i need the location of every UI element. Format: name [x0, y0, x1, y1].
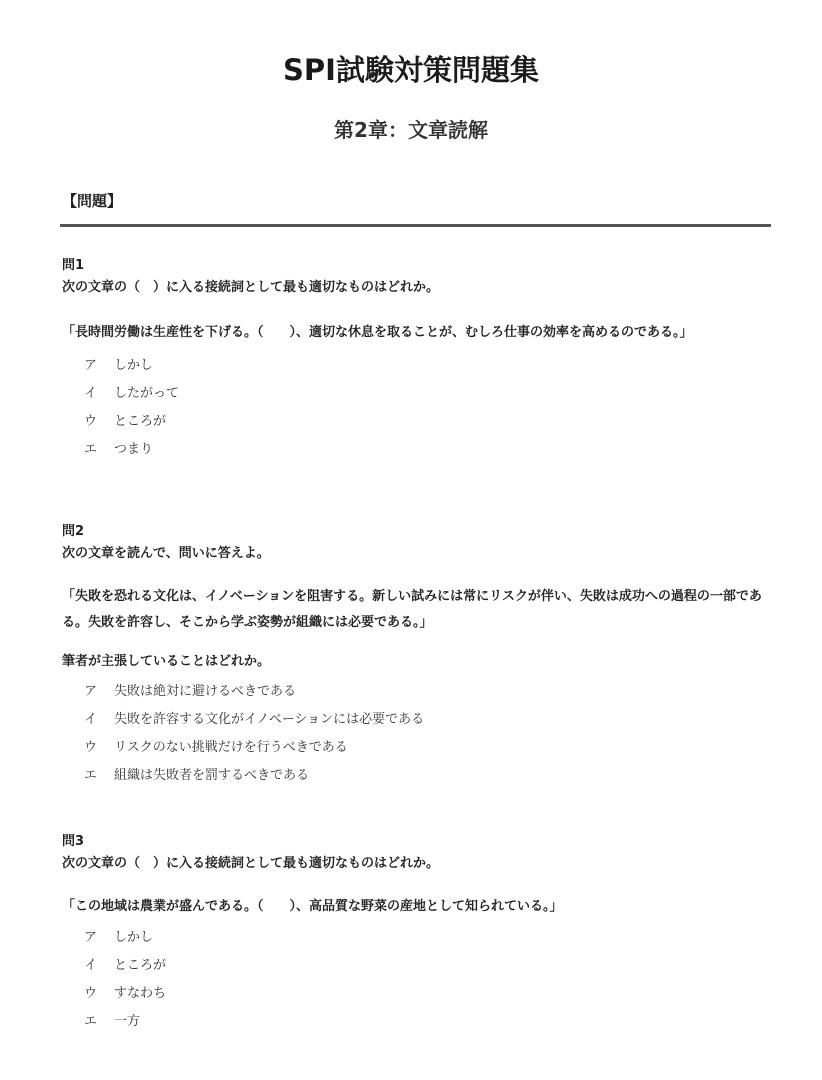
option-text: ところが [114, 958, 166, 973]
option-mark: エ [84, 762, 114, 790]
option-text: 一方 [114, 1014, 140, 1029]
chapter-heading: 第2章：文章読解 [0, 116, 822, 144]
option-a[interactable]: ア失敗は絶対に避けるべきである [84, 678, 777, 706]
document-title: SPI試験対策問題集 [0, 50, 822, 90]
option-mark: イ [84, 706, 114, 734]
option-mark: ウ [84, 734, 114, 762]
option-b[interactable]: イ失敗を許容する文化がイノベーションには必要である [84, 706, 777, 734]
option-list: ア失敗は絶対に避けるべきである イ失敗を許容する文化がイノベーションには必要であ… [62, 678, 777, 790]
option-d[interactable]: エ一方 [84, 1008, 777, 1036]
option-text: つまり [114, 442, 153, 457]
option-d[interactable]: エつまり [84, 436, 777, 464]
section-label: 【問題】 [62, 190, 122, 212]
option-mark: イ [84, 380, 114, 408]
option-c[interactable]: ウリスクのない挑戦だけを行うべきである [84, 734, 777, 762]
question-number: 問2 [62, 522, 777, 544]
question-2: 問2 次の文章を読んで、問いに答えよ。 「失敗を恐れる文化は、イノベーションを阻… [62, 522, 777, 790]
option-b[interactable]: イしたがって [84, 380, 777, 408]
option-c[interactable]: ウところが [84, 408, 777, 436]
question-3: 問3 次の文章の（ ）に入る接続詞として最も適切なものはどれか。 「この地域は農… [62, 832, 777, 1036]
option-b[interactable]: イところが [84, 952, 777, 980]
option-text: リスクのない挑戦だけを行うべきである [114, 740, 348, 755]
option-mark: エ [84, 436, 114, 464]
option-list: アしかし イしたがって ウところが エつまり [62, 352, 777, 464]
option-text: すなわち [114, 986, 166, 1001]
question-number: 問3 [62, 832, 777, 854]
question-instruction: 次の文章の（ ）に入る接続詞として最も適切なものはどれか。 [62, 854, 777, 874]
option-mark: ア [84, 352, 114, 380]
question-passage: 「この地域は農業が盛んである。（ ）、高品質な野菜の産地として知られている。」 [62, 894, 777, 920]
question-1: 問1 次の文章の（ ）に入る接続詞として最も適切なものはどれか。 「長時間労働は… [62, 256, 777, 464]
option-text: しかし [114, 930, 153, 945]
question-passage: 「長時間労働は生産性を下げる。（ ）、適切な休息を取ることが、むしろ仕事の効率を… [62, 320, 777, 346]
option-c[interactable]: ウすなわち [84, 980, 777, 1008]
option-text: ところが [114, 414, 166, 429]
section-divider [60, 224, 771, 227]
option-mark: ア [84, 924, 114, 952]
option-a[interactable]: アしかし [84, 352, 777, 380]
question-number: 問1 [62, 256, 777, 278]
option-a[interactable]: アしかし [84, 924, 777, 952]
option-text: したがって [114, 386, 179, 401]
option-mark: ウ [84, 408, 114, 436]
question-instruction: 次の文章を読んで、問いに答えよ。 [62, 544, 777, 564]
question-instruction: 次の文章の（ ）に入る接続詞として最も適切なものはどれか。 [62, 278, 777, 298]
document-page: SPI試験対策問題集 第2章：文章読解 【問題】 問1 次の文章の（ ）に入る接… [0, 0, 822, 1080]
option-text: しかし [114, 358, 153, 373]
option-mark: エ [84, 1008, 114, 1036]
option-list: アしかし イところが ウすなわち エ一方 [62, 924, 777, 1036]
option-text: 組織は失敗者を罰するべきである [114, 768, 309, 783]
option-mark: ウ [84, 980, 114, 1008]
option-mark: イ [84, 952, 114, 980]
option-text: 失敗を許容する文化がイノベーションには必要である [114, 712, 424, 727]
option-d[interactable]: エ組織は失敗者を罰するべきである [84, 762, 777, 790]
question-sub-prompt: 筆者が主張していることはどれか。 [62, 652, 777, 672]
option-mark: ア [84, 678, 114, 706]
option-text: 失敗は絶対に避けるべきである [114, 684, 296, 699]
question-passage: 「失敗を恐れる文化は、イノベーションを阻害する。新しい試みには常にリスクが伴い、… [62, 584, 777, 636]
